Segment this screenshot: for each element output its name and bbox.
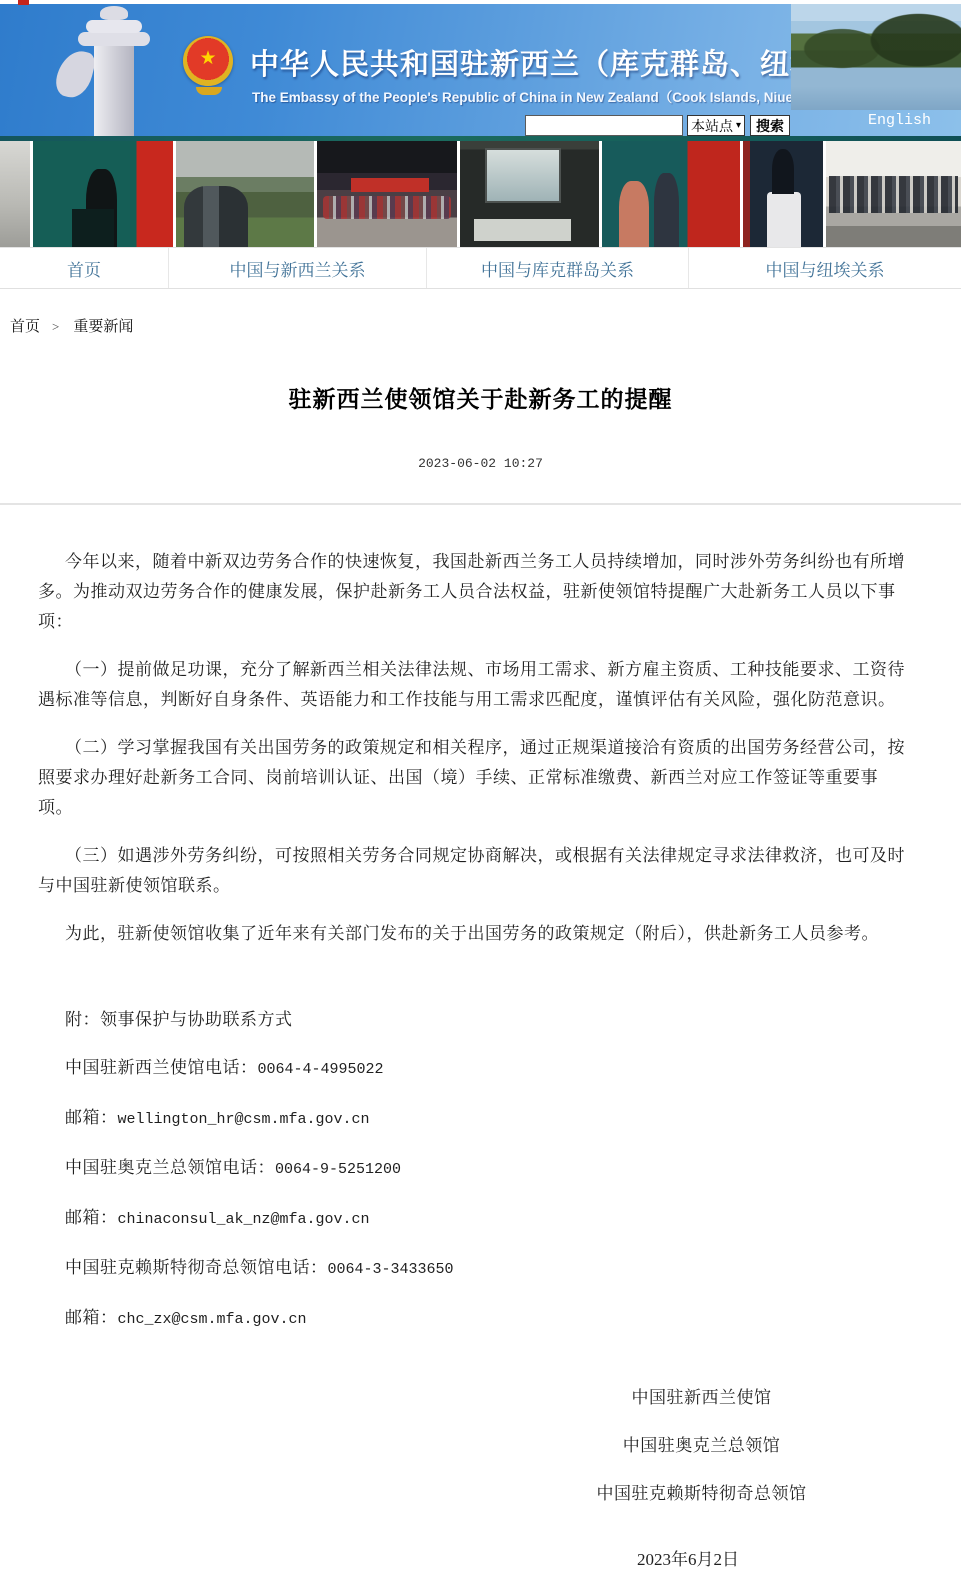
publish-datetime: 2023-06-02 10:27 — [0, 456, 961, 471]
photo-carousel — [0, 141, 961, 247]
breadcrumb: 首页>重要新闻 — [10, 315, 961, 336]
contact-email: chc_zx@csm.mfa.gov.cn — [118, 1311, 307, 1328]
bottom-padding — [38, 1575, 907, 1581]
embassy-title-zh: 中华人民共和国驻新西兰（库克群岛、纽埃）大使馆 — [250, 42, 830, 83]
breadcrumb-current[interactable]: 重要新闻 — [73, 319, 133, 335]
article-body: 今年以来，随着中新双边劳务合作的快速恢复，我国赴新西兰务工人员持续增加，同时涉外… — [0, 513, 961, 1581]
contact-phone: 0064-3-3433650 — [328, 1261, 454, 1278]
search-scope-label: 本站点 — [691, 116, 733, 136]
article-paragraph: 今年以来，随着中新双边劳务合作的快速恢复，我国赴新西兰务工人员持续增加，同时涉外… — [38, 547, 907, 637]
contact-line: 邮箱：chc_zx@csm.mfa.gov.cn — [38, 1303, 907, 1335]
contact-line: 邮箱：wellington_hr@csm.mfa.gov.cn — [38, 1103, 907, 1135]
photo-ink-painting[interactable] — [0, 141, 30, 247]
photo-outdoor-hillside-group[interactable] — [176, 141, 314, 247]
english-language-link[interactable]: English — [868, 112, 931, 129]
signature-line: 中国驻新西兰使馆 — [378, 1383, 961, 1413]
breadcrumb-home[interactable]: 首页 — [10, 319, 40, 335]
nav-item-home[interactable]: 首页 — [0, 248, 169, 288]
search-scope-select[interactable]: 本站点 ▾ — [687, 115, 745, 136]
embassy-title-en: The Embassy of the People's Republic of … — [252, 86, 852, 106]
search-button[interactable]: 搜索 — [750, 115, 790, 136]
photo-reception-group[interactable] — [826, 141, 961, 247]
contact-label: 邮箱： — [65, 1308, 118, 1327]
attachment-contact-block: 附：领事保护与协助联系方式 中国驻新西兰使馆电话：0064-4-4995022 … — [38, 1005, 907, 1335]
search-input[interactable] — [525, 115, 683, 136]
article-paragraph: （一）提前做足功课，充分了解新西兰相关法律法规、市场用工需求、新方雇主资质、工种… — [38, 655, 907, 715]
contact-label: 中国驻奥克兰总领馆电话： — [65, 1158, 275, 1177]
contact-email: wellington_hr@csm.mfa.gov.cn — [118, 1111, 370, 1128]
contact-label: 中国驻克赖斯特彻奇总领馆电话： — [65, 1258, 328, 1277]
photo-speech-at-podium[interactable] — [33, 141, 173, 247]
photo-speaker-lectern[interactable] — [743, 141, 823, 247]
signature-line: 中国驻克赖斯特彻奇总领馆 — [378, 1479, 961, 1509]
article-paragraph: （三）如遇涉外劳务纠纷，可按照相关劳务合同规定协商解决，或根据有关法律规定寻求法… — [38, 841, 907, 901]
contact-phone: 0064-9-5251200 — [275, 1161, 401, 1178]
contact-line: 中国驻奥克兰总领馆电话：0064-9-5251200 — [38, 1153, 907, 1185]
article-paragraph: （二）学习掌握我国有关出国劳务的政策规定和相关程序，通过正规渠道接洽有资质的出国… — [38, 733, 907, 823]
contact-email: chinaconsul_ak_nz@mfa.gov.cn — [118, 1211, 370, 1228]
photo-officials-with-flag[interactable] — [602, 141, 740, 247]
photo-conference-projection[interactable] — [460, 141, 599, 247]
contact-line: 中国驻新西兰使馆电话：0064-4-4995022 — [38, 1053, 907, 1085]
signature-block: 中国驻新西兰使馆 中国驻奥克兰总领馆 中国驻克赖斯特彻奇总领馆 — [378, 1383, 961, 1509]
photo-group-red-banner[interactable] — [317, 141, 457, 247]
landscape-photo — [791, 4, 961, 110]
main-nav: 首页 中国与新西兰关系 中国与库克群岛关系 中国与纽埃关系 — [0, 247, 961, 289]
huabiao-pillar-image — [20, 4, 180, 136]
contact-phone: 0064-4-4995022 — [258, 1061, 384, 1078]
contact-label: 邮箱： — [65, 1208, 118, 1227]
national-emblem-icon: ★ — [183, 36, 235, 102]
nav-item-china-cook-islands-relations[interactable]: 中国与库克群岛关系 — [427, 248, 689, 288]
page-title: 驻新西兰使领馆关于赴新务工的提醒 — [0, 381, 961, 414]
article-footer-date: 2023年6月2日 — [378, 1545, 961, 1575]
article-paragraph: 为此，驻新使领馆收集了近年来有关部门发布的关于出国劳务的政策规定（附后），供赴新… — [38, 919, 907, 949]
contact-label: 邮箱： — [65, 1108, 118, 1127]
nav-item-china-nz-relations[interactable]: 中国与新西兰关系 — [169, 248, 427, 288]
nav-item-china-niue-relations[interactable]: 中国与纽埃关系 — [689, 248, 961, 288]
chevron-down-icon: ▾ — [736, 121, 741, 131]
signature-line: 中国驻奥克兰总领馆 — [378, 1431, 961, 1461]
site-header: ★ 中华人民共和国驻新西兰（库克群岛、纽埃）大使馆 The Embassy of… — [0, 0, 961, 141]
contact-line: 邮箱：chinaconsul_ak_nz@mfa.gov.cn — [38, 1203, 907, 1235]
contact-label: 中国驻新西兰使馆电话： — [65, 1058, 258, 1077]
contact-line: 中国驻克赖斯特彻奇总领馆电话：0064-3-3433650 — [38, 1253, 907, 1285]
page: ★ 中华人民共和国驻新西兰（库克群岛、纽埃）大使馆 The Embassy of… — [0, 0, 961, 1581]
title-divider — [0, 503, 961, 505]
attachment-heading: 附：领事保护与协助联系方式 — [38, 1005, 907, 1035]
breadcrumb-separator: > — [52, 319, 59, 334]
